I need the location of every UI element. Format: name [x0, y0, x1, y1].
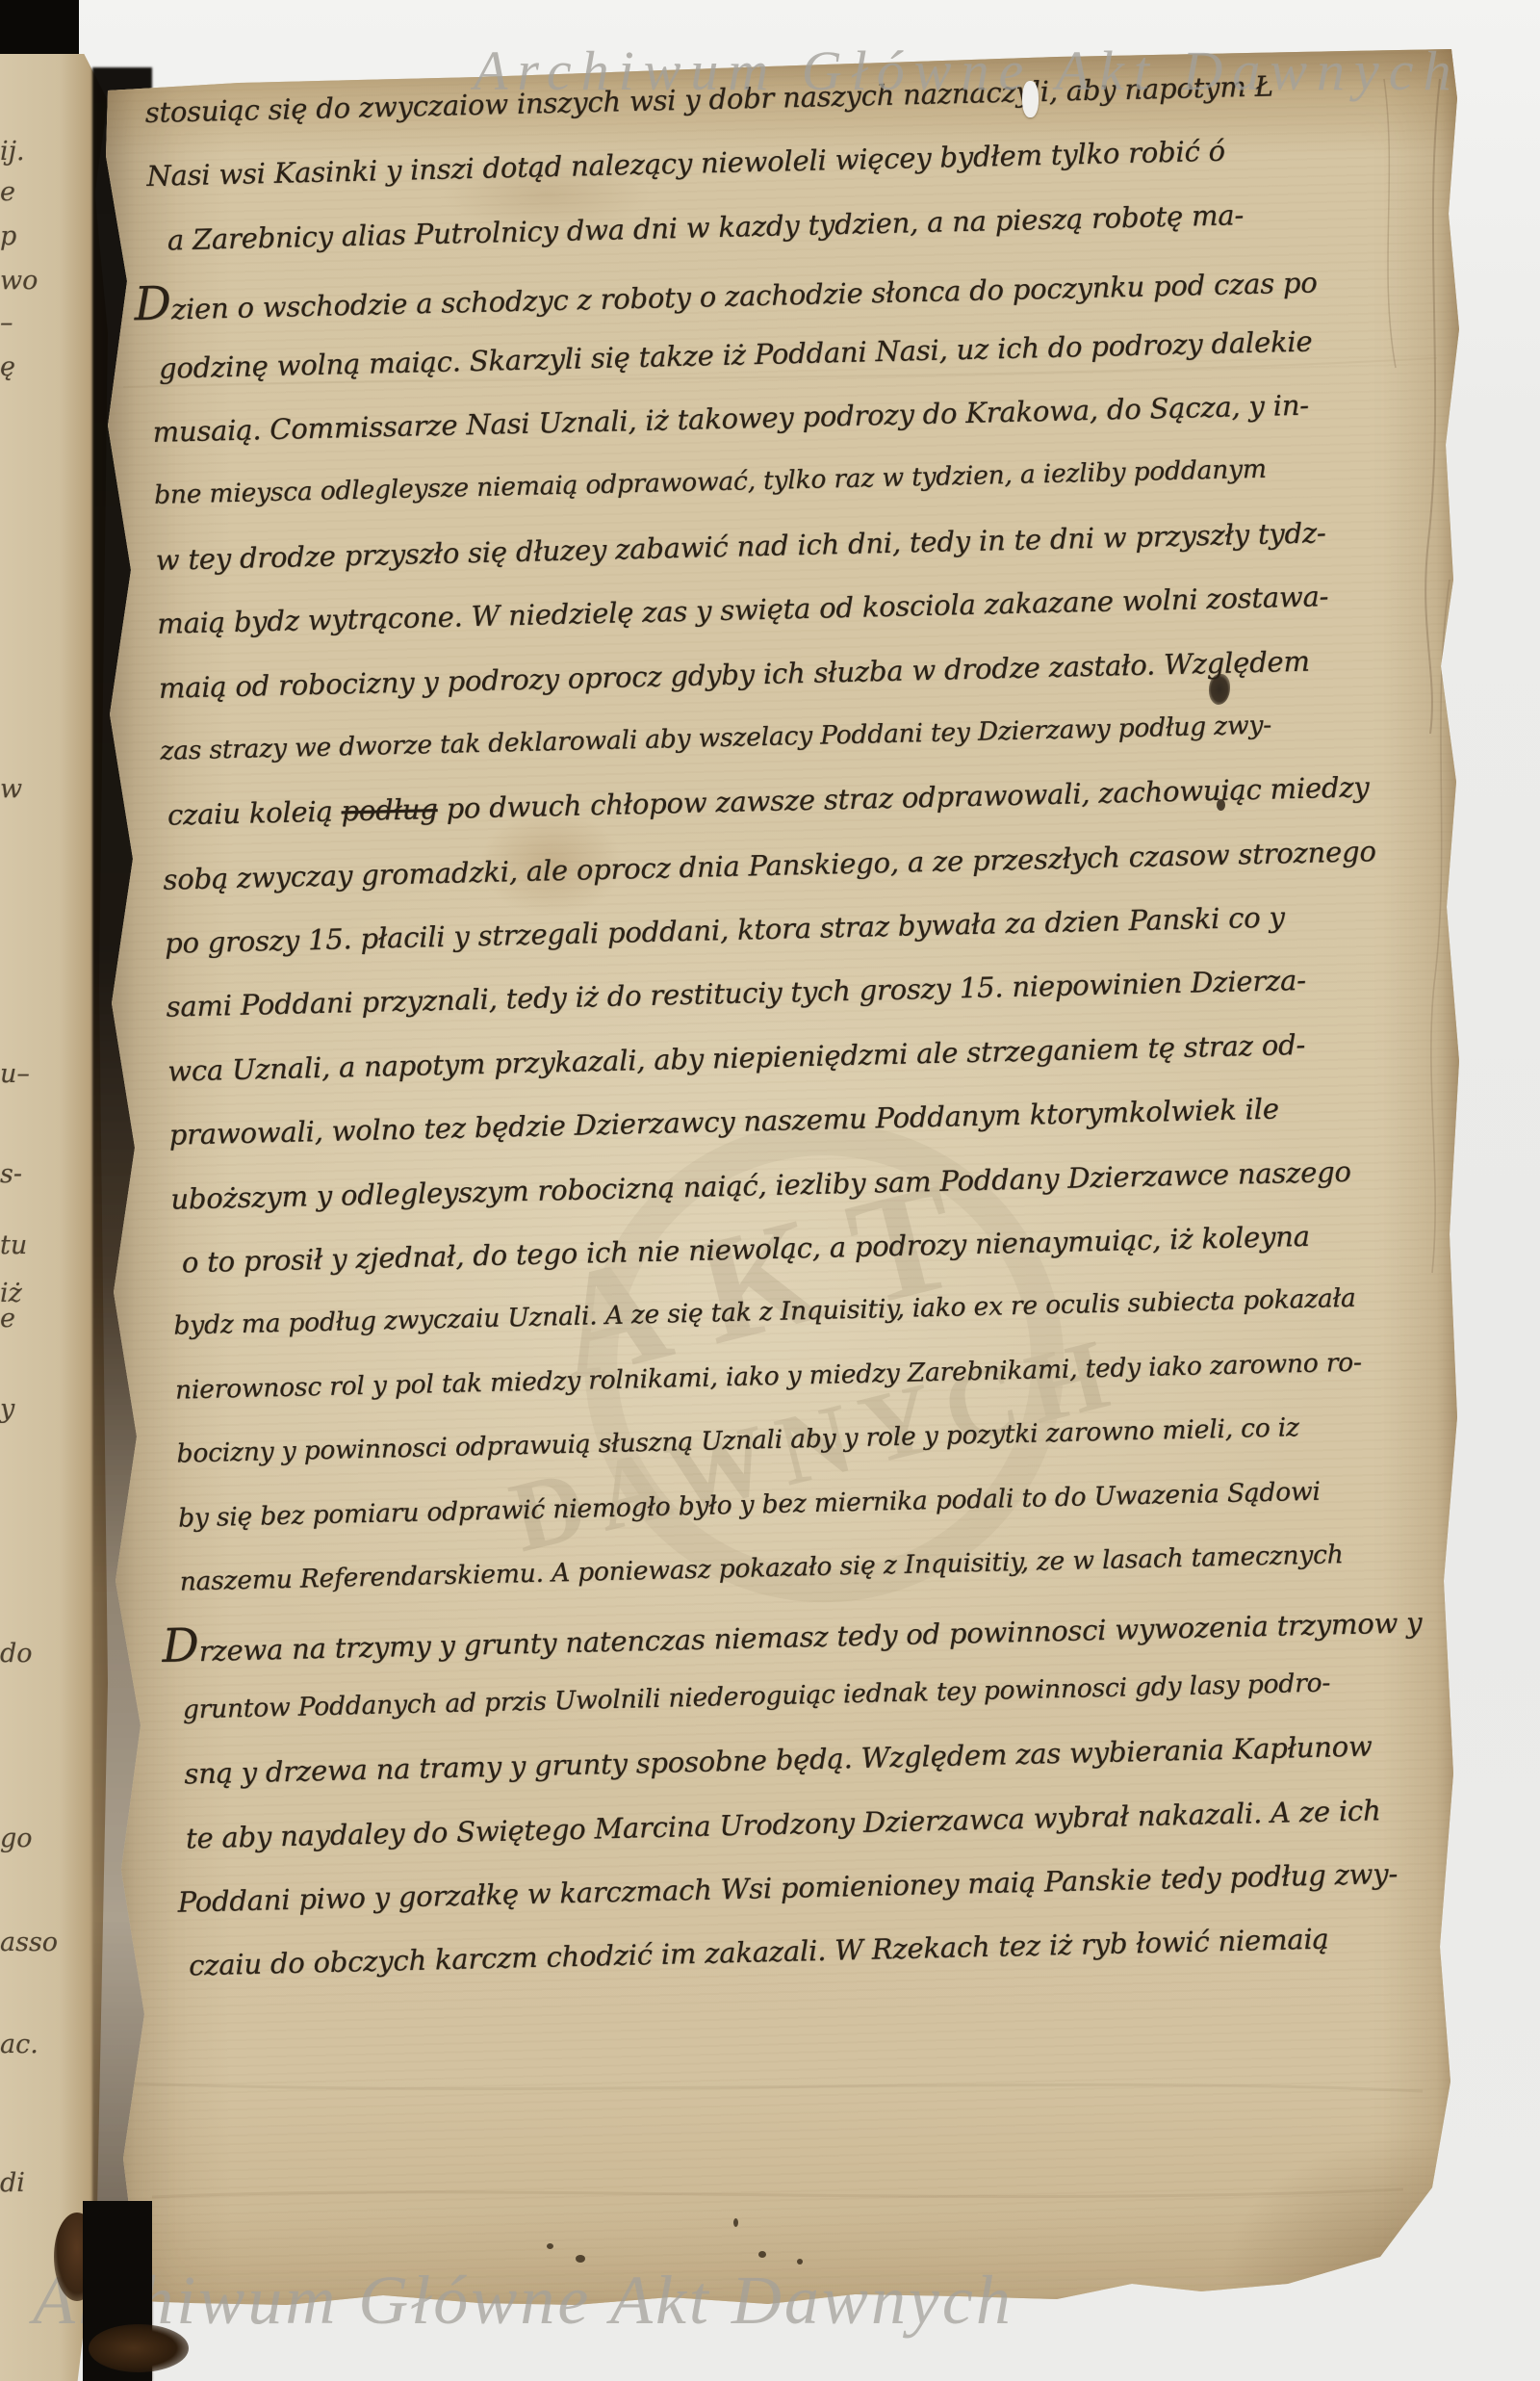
page-fragment-text: di: [0, 2168, 67, 2198]
watermark-bottom: Archiwum Główne Akt Dawnych: [33, 2261, 1014, 2341]
page-fragment-text: do: [0, 1639, 67, 1669]
archival-scan: { "watermark": { "top": "Archiwum Główne…: [0, 0, 1540, 2381]
page-fragment-text: p: [0, 221, 67, 251]
torn-paper-blob: [89, 2324, 189, 2372]
page-fragment-text: ij.: [0, 137, 67, 167]
paper-speck: [547, 2243, 553, 2249]
page-fragment-text: y: [0, 1394, 67, 1424]
page-fragment-text: asso: [0, 1928, 67, 1957]
page-fragment-text: –: [0, 308, 67, 338]
manuscript-line-segment: czaiu koleią: [167, 795, 342, 832]
page-fragment-text: go: [0, 1824, 67, 1853]
watermark-top: Archiwum Główne Akt Dawnych: [474, 39, 1461, 103]
page-fragment-text: e: [0, 177, 67, 207]
paper-speck: [733, 2218, 738, 2227]
manuscript-text: stosuiąc się do zwyczaiow inszych wsi y …: [144, 50, 1503, 1998]
manuscript-line-segment: po dwuch chłopow zawsze straz odprawowal…: [437, 771, 1370, 826]
page-fragment-text: w: [0, 774, 67, 804]
struck-word: podług: [341, 792, 438, 827]
page-fragment-text: e: [0, 1304, 67, 1333]
page-fragment-text: wo: [0, 266, 67, 296]
paper-speck: [758, 2251, 766, 2258]
page-fragment-text: ac.: [0, 2030, 67, 2059]
page-fragment-text: tu: [0, 1230, 67, 1260]
page-fragment-text: s-: [0, 1159, 67, 1189]
page-fragment-text: u–: [0, 1059, 67, 1089]
page-fragment-text: ę: [0, 352, 67, 382]
